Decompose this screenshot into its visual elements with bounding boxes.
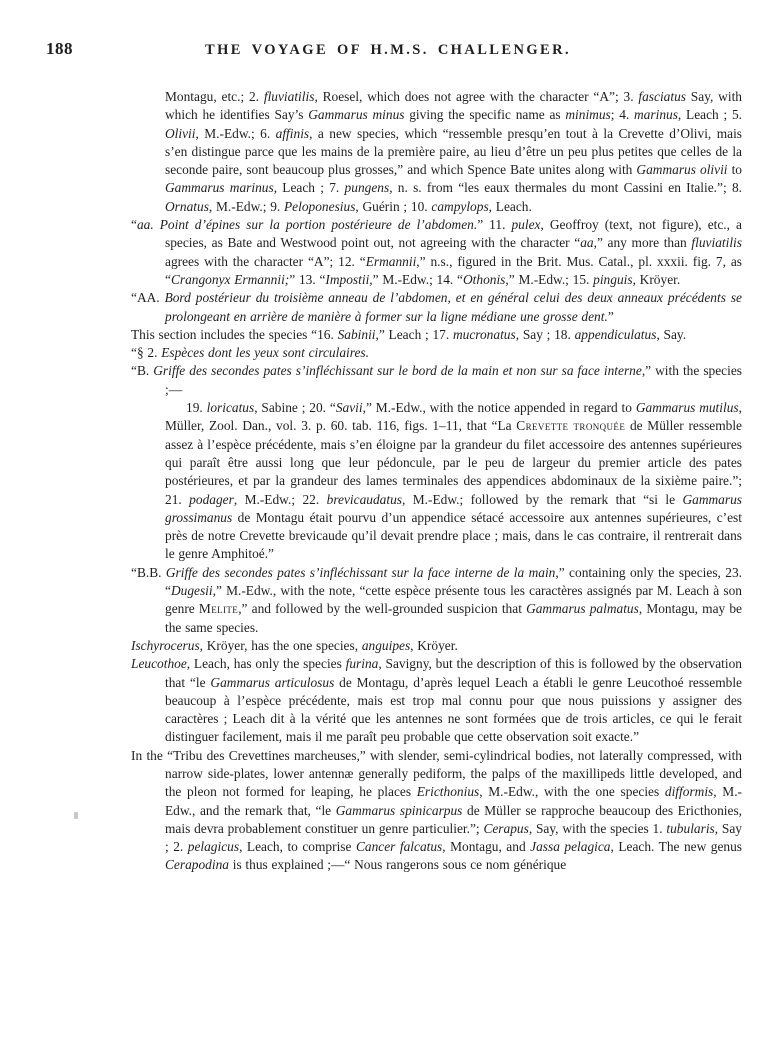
text-segment: ” 11.: [477, 217, 511, 232]
text-segment: marinus: [634, 107, 678, 122]
text-segment: Jassa pelagica: [530, 839, 610, 854]
text-segment: , n. s. from “les eaux thermales du mont…: [389, 180, 742, 195]
text-segment: Othonis: [463, 272, 505, 287]
text-segment: “AA.: [131, 290, 165, 305]
text-segment: Cancer falcatus: [356, 839, 442, 854]
text-segment: , Guérin ; 10.: [355, 199, 431, 214]
text-segment: , Leach ; 7.: [274, 180, 345, 195]
text-segment: , Leach, to comprise: [239, 839, 356, 854]
paragraph: In the “Tribu des Crevettines marcheuses…: [131, 747, 742, 875]
text-segment: Gammarus mutilus: [636, 400, 739, 415]
text-segment: Espèces dont les yeux sont circulaires.: [161, 345, 369, 360]
paragraph: “aa. Point d’épines sur la portion posté…: [131, 216, 742, 289]
text-segment: , M.-Edw.; 6.: [196, 126, 276, 141]
text-segment: ,” M.-Edw., with the notice appended in …: [363, 400, 636, 415]
text-segment: Gammarus olivii: [636, 162, 727, 177]
paragraph: “AA. Bord postérieur du troisième anneau…: [131, 289, 742, 326]
text-segment: “B.: [131, 363, 153, 378]
text-segment: Peloponesius: [284, 199, 355, 214]
paragraph: “B.B. Griffe des secondes pates s’infléc…: [131, 564, 742, 637]
text-segment: , M.-Edw.; 22.: [234, 492, 327, 507]
paragraph: Leucothoe, Leach, has only the species f…: [131, 655, 742, 746]
text-segment: furina: [346, 656, 379, 671]
paragraph: This section includes the species “16. S…: [131, 326, 742, 344]
text-segment: , Leach.: [489, 199, 532, 214]
text-segment: brevicaudatus: [327, 492, 402, 507]
text-segment: Crevette tronquée: [516, 418, 625, 433]
text-segment: , Kröyer.: [410, 638, 458, 653]
text-segment: tubularis: [666, 821, 714, 836]
text-segment: Ornatus: [165, 199, 209, 214]
text-segment: , Leach ; 5.: [678, 107, 742, 122]
text-segment: , Say ; 18.: [516, 327, 575, 342]
scan-artifact: [224, 110, 227, 113]
text-segment: podager: [189, 492, 234, 507]
text-segment: is thus explained ;—“ Nous rangerons sou…: [229, 857, 566, 872]
text-segment: , Kröyer, has the one species,: [200, 638, 362, 653]
text-segment: Gammarus palmatus: [526, 601, 639, 616]
text-segment: 19.: [186, 400, 207, 415]
text-segment: pulex: [511, 217, 540, 232]
text-segment: pelagicus: [188, 839, 239, 854]
text-segment: pinguis: [593, 272, 632, 287]
text-segment: Ermannii: [366, 254, 417, 269]
text-segment: loricatus: [207, 400, 255, 415]
text-segment: campylops: [431, 199, 488, 214]
text-segment: difformis: [665, 784, 713, 799]
text-segment: , Say.: [656, 327, 686, 342]
text-segment: Griffe des secondes pates s’infléchissan…: [166, 565, 556, 580]
paragraph: Montagu, etc.; 2. fluviatilis, Roesel, w…: [131, 88, 742, 216]
running-title: THE VOYAGE OF H.M.S. CHALLENGER.: [0, 42, 776, 59]
text-segment: ,” any more than: [594, 235, 692, 250]
text-segment: anguipes: [362, 638, 410, 653]
text-segment: , Leach. The new genus: [611, 839, 743, 854]
text-segment: ,” and followed by the well-grounded sus…: [238, 601, 526, 616]
text-segment: , M.-Edw., with the one species: [479, 784, 665, 799]
text-segment: , Kröyer.: [633, 272, 681, 287]
text-segment: This section includes the species “16.: [131, 327, 338, 342]
text-segment: Savii: [336, 400, 363, 415]
text-segment: , Montagu, and: [442, 839, 530, 854]
text-segment: Olivii: [165, 126, 196, 141]
text-segment: Gammarus minus: [308, 107, 404, 122]
paragraph: “§ 2. Espèces dont les yeux sont circula…: [131, 344, 742, 362]
text-segment: ,” M.-Edw.; 14. “: [369, 272, 463, 287]
text-segment: aa. Point d’épines sur la portion postér…: [137, 217, 477, 232]
text-segment: , M.-Edw.; 9.: [209, 199, 284, 214]
text-segment: affinis: [276, 126, 309, 141]
text-segment: Gammarus articulosus: [210, 675, 334, 690]
text-segment: giving the specific name as: [404, 107, 565, 122]
text-segment: “B.B.: [131, 565, 166, 580]
text-segment: , Leach, has only the species: [187, 656, 346, 671]
text-segment: , Say, with the species 1.: [529, 821, 667, 836]
scan-artifact: [74, 812, 78, 819]
text-segment: ”: [608, 309, 614, 324]
text-segment: ,” Leach ; 17.: [376, 327, 453, 342]
paragraph: Ischyrocerus, Kröyer, has the one specie…: [131, 637, 742, 655]
text-segment: mucronatus: [453, 327, 516, 342]
text-segment: pungens: [345, 180, 390, 195]
paragraph: “B. Griffe des secondes pates s’infléchi…: [131, 362, 742, 399]
text-segment: fluviatilis: [691, 235, 742, 250]
text-block: Montagu, etc.; 2. fluviatilis, Roesel, w…: [131, 88, 742, 875]
text-segment: fluviatilis: [264, 89, 315, 104]
text-segment: Impostii: [325, 272, 369, 287]
text-segment: Crangonyx Ermannii;: [171, 272, 289, 287]
text-segment: Ischyrocerus: [131, 638, 200, 653]
text-segment: , M.-Edw.; followed by the remark that “…: [402, 492, 682, 507]
text-segment: Gammarus marinus: [165, 180, 274, 195]
text-segment: Cerapus: [483, 821, 528, 836]
text-segment: Sabinii: [338, 327, 376, 342]
text-segment: Gammarus spinicarpus: [336, 803, 463, 818]
text-segment: ” 13. “: [289, 272, 325, 287]
text-segment: Bord postérieur du troisième anneau de l…: [165, 290, 742, 323]
text-segment: , Roesel, which does not agree with the …: [314, 89, 638, 104]
paragraph: 19. loricatus, Sabine ; 20. “Savii,” M.-…: [131, 399, 742, 564]
text-segment: Dugesii: [171, 583, 213, 598]
text-segment: de Montagu était pourvu d’un appendice s…: [165, 510, 742, 562]
text-segment: appendiculatus: [575, 327, 657, 342]
text-segment: Cerapodina: [165, 857, 229, 872]
text-segment: Melite: [199, 601, 238, 616]
text-segment: , Sabine ; 20. “: [254, 400, 336, 415]
text-segment: fasciatus: [638, 89, 686, 104]
text-segment: “§ 2.: [131, 345, 161, 360]
text-segment: Griffe des secondes pates s’infléchissan…: [153, 363, 642, 378]
text-segment: aa: [580, 235, 593, 250]
text-segment: Ericthonius: [417, 784, 480, 799]
text-segment: Leucothoe: [131, 656, 187, 671]
text-segment: ,” M.-Edw.; 15.: [505, 272, 593, 287]
text-segment: Montagu, etc.; 2.: [165, 89, 264, 104]
text-segment: agrees with the character “A”; 12. “: [165, 254, 366, 269]
text-segment: minimus: [565, 107, 610, 122]
text-segment: to: [728, 162, 742, 177]
text-segment: ; 4.: [611, 107, 634, 122]
